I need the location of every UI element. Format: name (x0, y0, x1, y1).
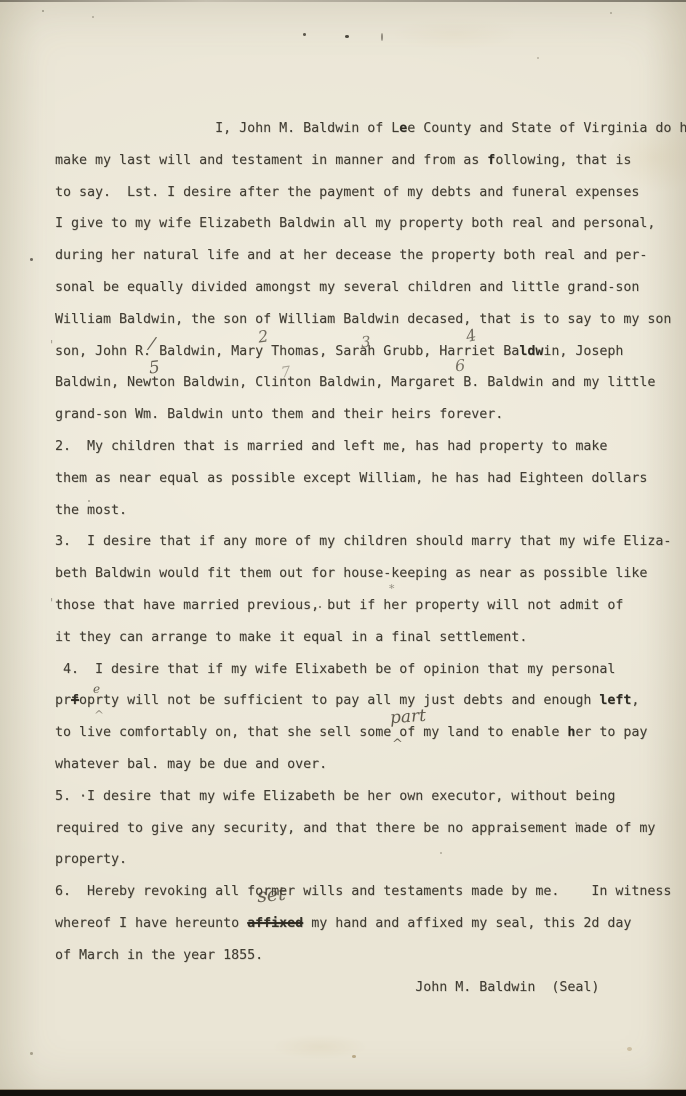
ink-speck (42, 10, 44, 12)
text-line-6: sonal be equally divided amongst my seve… (55, 272, 686, 304)
struck-text: f (71, 693, 79, 708)
struck-text: affixed (247, 916, 303, 931)
typed-text: son, John R. Baldwin, Mary Thomas, Sarah… (55, 344, 519, 359)
typed-text: 6. Hereby revoking all former wills and … (55, 884, 671, 899)
typed-text: of March in the year 1855. (55, 948, 263, 963)
typed-text: 3. I desire that if any more of my child… (55, 534, 671, 549)
typed-text: the most. (55, 503, 127, 518)
text-line-4: I give to my wife Elizabeth Baldwin all … (55, 208, 686, 240)
ink-speck (319, 606, 321, 608)
typed-text: those that have married previous, but if… (55, 598, 623, 613)
paper-stain (255, 1030, 385, 1064)
text-line-14: 3. I desire that if any more of my child… (55, 526, 686, 558)
typed-text: whereof I have hereunto (55, 916, 247, 931)
text-line-7: William Baldwin, the son of William Bald… (55, 304, 686, 336)
ink-speck (30, 1052, 33, 1055)
text-line-3: to say. Lst. I desire after the payment … (55, 177, 686, 209)
typed-text: Baldwin, Newton Baldwin, Clinton Baldwin… (55, 375, 655, 390)
ink-speck (575, 822, 577, 824)
typed-text: , (631, 693, 639, 708)
typed-text: it they can arrange to make it equal in … (55, 630, 527, 645)
paper-stain (370, 12, 540, 56)
ink-speck (488, 479, 490, 481)
text-line-9: Baldwin, Newton Baldwin, Clinton Baldwin… (55, 367, 686, 399)
text-line-19: prfoprty will not be sufficient to pay a… (55, 685, 686, 717)
text-line-22: 5. ·I desire that my wife Elizabeth be h… (55, 781, 686, 813)
ink-speck (88, 500, 90, 502)
typed-text: make my last will and testament in manne… (55, 153, 487, 168)
typed-text: I give to my wife Elizabeth Baldwin all … (55, 216, 655, 231)
document-text: I, John M. Baldwin of Lee County and Sta… (55, 113, 686, 1003)
typed-text: 4. I desire that if my wife Elixabeth be… (55, 662, 615, 677)
text-line-26: whereof I have hereunto affixed my hand … (55, 908, 686, 940)
typed-text: pr (55, 693, 71, 708)
ink-speck (440, 852, 442, 854)
typed-text: them as near equal as possible except Wi… (55, 471, 647, 486)
overstruck-text: left (599, 693, 631, 708)
text-line-28: John M. Baldwin (Seal) (55, 972, 686, 1004)
typed-text: er to pay (575, 725, 647, 740)
ink-speck (92, 16, 94, 18)
text-line-12: them as near equal as possible except Wi… (55, 463, 686, 495)
typed-text: my hand and affixed my seal, this 2d day (303, 916, 631, 931)
typed-text: beth Baldwin would fit them out for hous… (55, 566, 647, 581)
typed-text: 5. ·I desire that my wife Elizabeth be h… (55, 789, 615, 804)
typed-text: during her natural life and at her decea… (55, 248, 647, 263)
typed-text: oprty will not be sufficient to pay all … (79, 693, 599, 708)
text-line-27: of March in the year 1855. (55, 940, 686, 972)
text-line-8: son, John R. Baldwin, Mary Thomas, Sarah… (55, 336, 686, 368)
text-line-13: the most. (55, 495, 686, 527)
text-line-15: beth Baldwin would fit them out for hous… (55, 558, 686, 590)
text-line-11: 2. My children that is married and left … (55, 431, 686, 463)
text-line-16: those that have married previous, but if… (55, 590, 686, 622)
text-line-20: to live comfortably on, that she sell so… (55, 717, 686, 749)
scan-bottom-bar (0, 1090, 686, 1096)
text-line-25: 6. Hereby revoking all former wills and … (55, 876, 686, 908)
text-line-17: it they can arrange to make it equal in … (55, 622, 686, 654)
text-line-10: grand-son Wm. Baldwin unto them and thei… (55, 399, 686, 431)
ink-speck (30, 258, 33, 261)
handwritten-annotation: ' (50, 596, 53, 610)
typed-text: property. (55, 852, 127, 867)
ink-speck (537, 57, 539, 59)
text-line-1: I, John M. Baldwin of Lee County and Sta… (55, 113, 686, 145)
typed-text: grand-son Wm. Baldwin unto them and thei… (55, 407, 503, 422)
typed-text: to say. Lst. I desire after the payment … (55, 185, 639, 200)
typed-text: William Baldwin, the son of William Bald… (55, 312, 671, 327)
typed-text: in, Joseph (543, 344, 623, 359)
ink-speck (303, 33, 306, 36)
typed-text: sonal be equally divided amongst my seve… (55, 280, 639, 295)
text-line-5: during her natural life and at her decea… (55, 240, 686, 272)
typed-text: 2. My children that is married and left … (55, 439, 607, 454)
typed-text: whatever bal. may be due and over. (55, 757, 327, 772)
typed-text: John M. Baldwin (Seal) (55, 980, 599, 995)
overstruck-text: ldw (519, 344, 543, 359)
text-line-21: whatever bal. may be due and over. (55, 749, 686, 781)
text-line-18: 4. I desire that if my wife Elixabeth be… (55, 654, 686, 686)
ink-speck (345, 35, 349, 38)
typed-text: required to give any security, and that … (55, 821, 655, 836)
text-line-24: property. (55, 844, 686, 876)
handwritten-annotation: ' (50, 338, 53, 352)
ink-speck (627, 1047, 632, 1051)
ink-speck (610, 12, 612, 14)
typed-text: to live comfortably on, that she sell so… (55, 725, 567, 740)
document-page: I, John M. Baldwin of Lee County and Sta… (0, 0, 686, 1096)
typed-text: I, John M. Baldwin of L (55, 121, 399, 136)
text-line-23: required to give any security, and that … (55, 813, 686, 845)
